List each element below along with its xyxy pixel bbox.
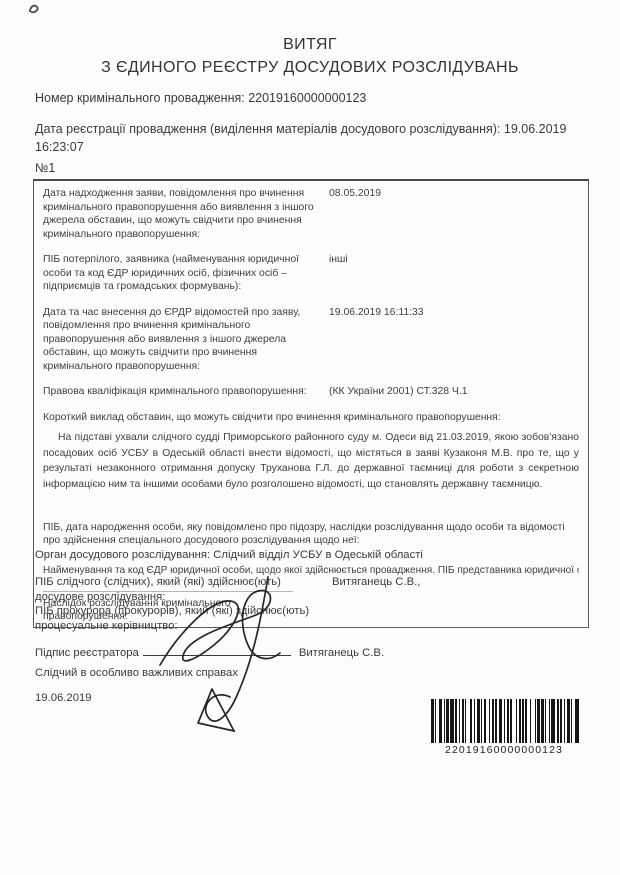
barcode-digits: 22019160000000123 xyxy=(430,744,578,756)
row-value: 19.06.2019 16:11:33 xyxy=(329,306,579,374)
record-number: №1 xyxy=(35,160,595,178)
barcode-bars xyxy=(431,699,577,743)
registration-date-line: Дата реєстрації провадження (виділення м… xyxy=(35,121,587,156)
registrar-label: Підпис реєстратора xyxy=(35,647,139,659)
row-label: Дата надходження заяви, повідомлення про… xyxy=(43,187,315,241)
summary-paragraph: На підставі ухвали слідчого судді Примор… xyxy=(43,430,579,492)
table-row: Правова кваліфікація кримінального право… xyxy=(43,385,579,399)
row-label: ПІБ потерпілого, заявника (найменування … xyxy=(43,253,315,294)
title-line1: ВИТЯГ xyxy=(0,33,620,56)
ink-mark xyxy=(27,2,43,15)
suspect-label: ПІБ, дата народження особи, яку повідомл… xyxy=(43,521,568,548)
summary-heading: Короткий виклад обставин, що можуть свід… xyxy=(43,411,579,425)
row-label: Дата та час внесення до ЄРДР відомостей … xyxy=(43,306,315,374)
row-value: (КК України 2001) СТ.328 Ч.1 xyxy=(329,385,579,399)
prosecutor-label: ПІБ прокурора (прокурорів), який (які) з… xyxy=(35,604,318,634)
document-title: ВИТЯГ З ЄДИНОГО РЕЄСТРУ ДОСУДОВИХ РОЗСЛІ… xyxy=(0,33,620,79)
investigator-row: ПІБ слідчого (слідчих), який (які) здійс… xyxy=(35,575,591,605)
prosecutor-value xyxy=(332,604,591,634)
case-number-line: Номер кримінального провадження: 2201916… xyxy=(35,90,595,108)
document-page: ВИТЯГ З ЄДИНОГО РЕЄСТРУ ДОСУДОВИХ РОЗСЛІ… xyxy=(0,0,620,875)
signature-blank-line xyxy=(143,643,291,656)
barcode: 22019160000000123 xyxy=(430,699,578,756)
investigator-label: ПІБ слідчого (слідчих), який (які) здійс… xyxy=(35,575,318,605)
table-row: Дата та час внесення до ЄРДР відомостей … xyxy=(43,306,579,374)
row-value: інші xyxy=(329,253,579,294)
row-value: 08.05.2019 xyxy=(329,187,579,241)
prosecutor-row: ПІБ прокурора (прокурорів), який (які) з… xyxy=(35,604,591,634)
investigation-organ-line: Орган досудового розслідування: Слідчий … xyxy=(35,548,595,564)
title-line2: З ЄДИНОГО РЕЄСТРУ ДОСУДОВИХ РОЗСЛІДУВАНЬ xyxy=(0,56,620,79)
registrar-name: Витяганець С.В. xyxy=(299,647,384,659)
investigator-title-line: Слідчий в особливо важливих справах xyxy=(35,666,595,682)
registrar-signature-line: Підпис реєстратораВитяганець С.В. xyxy=(35,643,595,662)
table-row: Дата надходження заяви, повідомлення про… xyxy=(43,187,579,241)
investigator-value: Витяганець С.В., xyxy=(332,575,591,605)
table-row: ПІБ потерпілого, заявника (найменування … xyxy=(43,253,579,294)
row-label: Правова кваліфікація кримінального право… xyxy=(43,385,315,399)
